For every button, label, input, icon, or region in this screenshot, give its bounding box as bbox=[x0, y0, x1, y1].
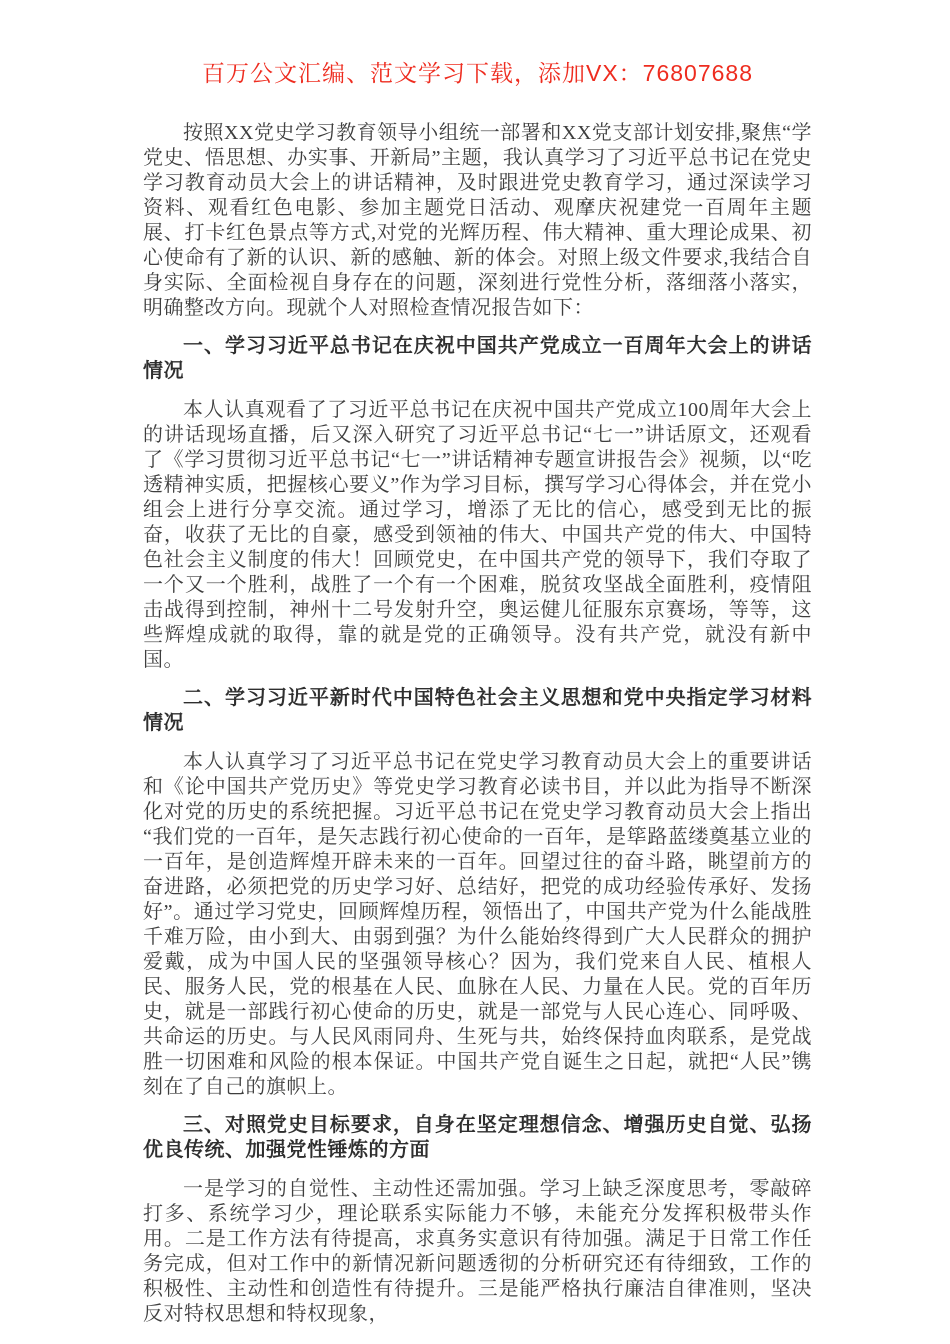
promo-notice-banner: 百万公文汇编、范文学习下载，添加VX：76807688 bbox=[143, 58, 812, 88]
section-heading-2: 二、学习习近平新时代中国特色社会主义思想和党中央指定学习材料情况 bbox=[143, 686, 812, 736]
document-body: 按照XX党史学习教育领导小组统一部署和XX党支部计划安排,聚焦“学党史、悟思想、… bbox=[143, 121, 812, 1327]
paragraph-section-3: 一是学习的自觉性、主动性还需加强。学习上缺乏深度思考，零敲碎打多、系统学习少，理… bbox=[143, 1177, 812, 1327]
section-heading-3: 三、对照党史目标要求，自身在坚定理想信念、增强历史自觉、弘扬优良传统、加强党性锤… bbox=[143, 1113, 812, 1163]
paragraph-section-1: 本人认真观看了了习近平总书记在庆祝中国共产党成立100周年大会上的讲话现场直播，… bbox=[143, 398, 812, 673]
section-heading-1: 一、学习习近平总书记在庆祝中国共产党成立一百周年大会上的讲话情况 bbox=[143, 334, 812, 384]
document-page: 百万公文汇编、范文学习下载，添加VX：76807688 按照XX党史学习教育领导… bbox=[0, 0, 950, 1344]
paragraph-intro: 按照XX党史学习教育领导小组统一部署和XX党支部计划安排,聚焦“学党史、悟思想、… bbox=[143, 121, 812, 321]
paragraph-section-2: 本人认真学习了习近平总书记在党史学习教育动员大会上的重要讲话和《论中国共产党历史… bbox=[143, 750, 812, 1100]
